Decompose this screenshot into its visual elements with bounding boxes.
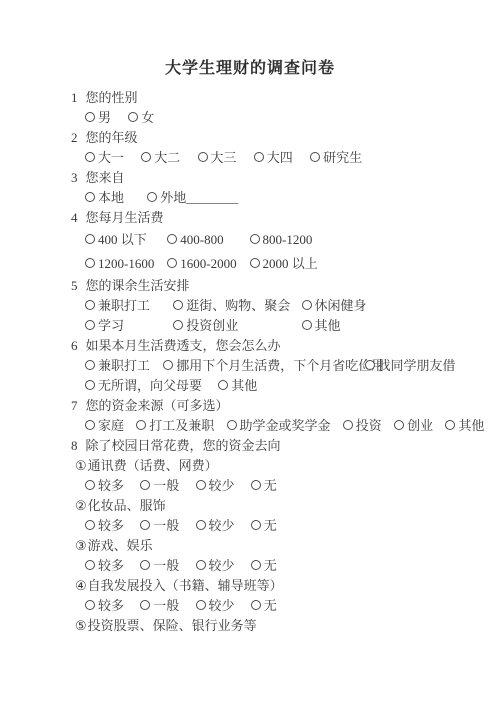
question-text: 您的资金来源（可多选） (86, 398, 229, 413)
checkbox-option[interactable]: 投资 (343, 416, 382, 436)
radio-option[interactable]: 无 (251, 476, 277, 496)
option-label: 较少 (209, 598, 235, 613)
radio-icon[interactable] (173, 300, 183, 310)
sub-text: 通讯费（话费、网费） (88, 458, 218, 473)
radio-option[interactable]: 一般 (140, 476, 179, 496)
radio-icon[interactable] (196, 560, 206, 570)
radio-icon[interactable] (250, 234, 260, 244)
radio-icon[interactable] (196, 520, 206, 530)
option-label: 兼职打工 (98, 298, 150, 313)
question-number: 6 (71, 336, 78, 356)
question-6-options-row1: 兼职打工 挪用下个月生活费，下个月省吃俭用 找同学朋友借 (0, 356, 500, 376)
option-label: 1600-2000 (180, 256, 236, 271)
question-4-options-row1: 400 以下 400-800 800-1200 (0, 228, 500, 252)
option-label: 一般 (153, 598, 179, 613)
radio-option[interactable]: 800-1200 (250, 228, 313, 252)
radio-option[interactable]: 较多 (85, 476, 124, 496)
radio-icon[interactable] (163, 360, 173, 370)
option-label: 创业 (407, 418, 433, 433)
radio-option[interactable]: 大一 (85, 148, 124, 168)
question-8-sub-1-options: 较多 一般 较少 无 (0, 476, 500, 496)
option-label: 其他 (231, 378, 257, 393)
question-6: 6如果本月生活费透支，您会怎么办 (0, 336, 500, 356)
radio-icon[interactable] (85, 258, 95, 268)
sub-text: 自我发展投入（书籍、辅导班等） (88, 578, 283, 593)
question-text: 如果本月生活费透支，您会怎么办 (86, 338, 281, 353)
radio-icon[interactable] (85, 380, 95, 390)
radio-option[interactable]: 挪用下个月生活费，下个月省吃俭用 (163, 356, 361, 376)
question-1: 1您的性别 (0, 88, 500, 108)
option-label: 打工及兼职 (149, 418, 214, 433)
question-number: 1 (71, 88, 78, 108)
option-label: 研究生 (323, 150, 362, 165)
question-8-sub-1: ①通讯费（话费、网费） (0, 456, 500, 476)
radio-option[interactable]: 较多 (85, 556, 124, 576)
radio-option[interactable]: 较少 (196, 556, 235, 576)
question-5: 5您的课余生活安排 (0, 276, 500, 296)
option-label: 找同学朋友借 (378, 358, 456, 373)
option-label: 本地 (98, 190, 124, 205)
sub-number: ⑤ (75, 616, 87, 636)
radio-icon[interactable] (85, 112, 95, 122)
option-label: 家庭 (98, 418, 124, 433)
option-label: 大三 (211, 150, 237, 165)
question-8-sub-4: ④自我发展投入（书籍、辅导班等） (0, 576, 500, 596)
radio-option[interactable]: 休闲健身 (302, 296, 367, 316)
radio-option[interactable]: 大二 (141, 148, 180, 168)
radio-option[interactable]: 兼职打工 (85, 296, 170, 316)
radio-icon[interactable] (365, 360, 375, 370)
question-3-options: 本地 外地________ (0, 188, 500, 208)
radio-icon[interactable] (85, 192, 95, 202)
sub-text: 游戏、娱乐 (88, 538, 153, 553)
radio-icon[interactable] (85, 480, 95, 490)
question-text: 您的课余生活安排 (86, 278, 190, 293)
radio-icon[interactable] (167, 258, 177, 268)
option-label: 较少 (209, 558, 235, 573)
question-2-options: 大一 大二 大三 大四 研究生 (0, 148, 500, 168)
radio-icon[interactable] (343, 420, 353, 430)
radio-option[interactable]: 无所谓，向父母要 (85, 376, 215, 396)
radio-option[interactable]: 学习 (85, 316, 170, 336)
radio-option[interactable]: 投资创业 (173, 316, 298, 336)
question-5-options-row1: 兼职打工 逛街、购物、聚会 休闲健身 (0, 296, 500, 316)
question-text: 您来自 (86, 170, 125, 185)
radio-option[interactable]: 一般 (140, 516, 179, 536)
checkbox-option[interactable]: 其他 (445, 416, 484, 436)
option-label: 400 以下 (98, 232, 147, 247)
question-8-sub-2: ②化妆品、服饰 (0, 496, 500, 516)
radio-icon[interactable] (302, 320, 312, 330)
sub-number: ② (75, 496, 87, 516)
option-label: 大四 (267, 150, 293, 165)
sub-text: 投资股票、保险、银行业务等 (88, 618, 257, 633)
question-number: 5 (71, 276, 78, 296)
option-label: 800-1200 (263, 232, 313, 247)
option-label: 较多 (98, 478, 124, 493)
radio-icon[interactable] (167, 234, 177, 244)
radio-option[interactable]: 一般 (140, 596, 179, 616)
page-title: 大学生理财的调查问卷 (0, 0, 500, 80)
checkbox-option[interactable]: 创业 (394, 416, 433, 436)
radio-icon[interactable] (128, 112, 138, 122)
option-label: 无所谓，向父母要 (98, 378, 202, 393)
question-7: 7您的资金来源（可多选） (0, 396, 500, 416)
radio-option[interactable]: 较多 (85, 596, 124, 616)
option-label: 一般 (153, 478, 179, 493)
question-4-options-row2: 1200-1600 1600-2000 2000 以上 (0, 252, 500, 276)
radio-icon[interactable] (173, 320, 183, 330)
radio-option[interactable]: 研究生 (310, 148, 362, 168)
radio-option[interactable]: 1200-1600 (85, 252, 164, 276)
radio-icon[interactable] (85, 360, 95, 370)
radio-icon[interactable] (140, 600, 150, 610)
option-label: 无 (264, 598, 277, 613)
option-label: 投资创业 (186, 318, 238, 333)
radio-icon[interactable] (198, 152, 208, 162)
radio-icon[interactable] (302, 300, 312, 310)
question-7-options: 家庭 打工及兼职 助学金或奖学金 投资 创业 其他 (0, 416, 500, 436)
option-label: 男 (98, 110, 111, 125)
checkbox-option[interactable]: 家庭 (85, 416, 124, 436)
radio-icon[interactable] (251, 520, 261, 530)
question-8-sub-5: ⑤投资股票、保险、银行业务等 (0, 616, 500, 636)
option-label: 较少 (209, 518, 235, 533)
radio-icon[interactable] (140, 520, 150, 530)
sub-text: 化妆品、服饰 (88, 498, 166, 513)
radio-icon[interactable] (250, 258, 260, 268)
option-label: 400-800 (180, 232, 223, 247)
option-label: 外地 (160, 190, 186, 205)
radio-icon[interactable] (141, 152, 151, 162)
question-number: 3 (71, 168, 78, 188)
option-label: 女 (141, 110, 154, 125)
question-3: 3您来自 (0, 168, 500, 188)
radio-icon[interactable] (85, 560, 95, 570)
radio-icon[interactable] (140, 560, 150, 570)
radio-icon[interactable] (251, 480, 261, 490)
radio-option[interactable]: 女 (128, 108, 154, 128)
question-text: 除了校园日常花费，您的资金去向 (86, 438, 281, 453)
radio-icon[interactable] (218, 380, 228, 390)
radio-option[interactable]: 找同学朋友借 (365, 356, 456, 376)
option-label: 一般 (153, 558, 179, 573)
radio-icon[interactable] (445, 420, 455, 430)
radio-icon[interactable] (196, 600, 206, 610)
option-label: 其他 (458, 418, 484, 433)
radio-option[interactable]: 一般 (140, 556, 179, 576)
radio-icon[interactable] (147, 192, 157, 202)
radio-option[interactable]: 兼职打工 (85, 356, 160, 376)
radio-icon[interactable] (85, 152, 95, 162)
option-label: 无 (264, 558, 277, 573)
option-label: 1200-1600 (98, 256, 154, 271)
radio-icon[interactable] (136, 420, 146, 430)
option-label: 无 (264, 478, 277, 493)
radio-icon[interactable] (85, 300, 95, 310)
radio-option[interactable]: 1600-2000 (167, 252, 246, 276)
questionnaire-page: 大学生理财的调查问卷 1您的性别 男 女 2您的年级 大一 大二 大三 大四 研… (0, 0, 500, 708)
radio-option[interactable]: 其他 (302, 316, 341, 336)
checkbox-option[interactable]: 打工及兼职 (136, 416, 214, 436)
option-label: 一般 (153, 518, 179, 533)
option-label: 较多 (98, 598, 124, 613)
radio-icon[interactable] (227, 420, 237, 430)
question-text: 您的性别 (86, 90, 138, 105)
sub-number: ① (75, 456, 87, 476)
option-label: 投资 (356, 418, 382, 433)
option-label: 助学金或奖学金 (240, 418, 331, 433)
question-8-sub-3: ③游戏、娱乐 (0, 536, 500, 556)
question-2: 2您的年级 (0, 128, 500, 148)
radio-option[interactable]: 其他 (218, 376, 257, 396)
radio-icon[interactable] (251, 600, 261, 610)
radio-option[interactable]: 较少 (196, 516, 235, 536)
sub-number: ④ (75, 576, 87, 596)
radio-icon[interactable] (251, 560, 261, 570)
question-text: 您每月生活费 (86, 210, 164, 225)
question-number: 7 (71, 396, 78, 416)
question-number: 2 (71, 128, 78, 148)
radio-option[interactable]: 400-800 (167, 228, 246, 252)
checkbox-option[interactable]: 助学金或奖学金 (227, 416, 331, 436)
radio-icon[interactable] (310, 152, 320, 162)
question-6-options-row2: 无所谓，向父母要 其他 (0, 376, 500, 396)
question-number: 8 (71, 436, 78, 456)
radio-option[interactable]: 大三 (198, 148, 237, 168)
radio-icon[interactable] (85, 320, 95, 330)
option-label: 学习 (98, 318, 124, 333)
radio-icon[interactable] (85, 234, 95, 244)
radio-option[interactable]: 逛街、购物、聚会 (173, 296, 298, 316)
option-label: 无 (264, 518, 277, 533)
radio-icon[interactable] (85, 520, 95, 530)
question-number: 4 (71, 208, 78, 228)
radio-option[interactable]: 较多 (85, 516, 124, 536)
radio-icon[interactable] (196, 480, 206, 490)
radio-icon[interactable] (254, 152, 264, 162)
option-label: 较少 (209, 478, 235, 493)
option-label: 其他 (315, 318, 341, 333)
question-5-options-row2: 学习 投资创业 其他 (0, 316, 500, 336)
question-8: 8除了校园日常花费，您的资金去向 (0, 436, 500, 456)
sub-number: ③ (75, 536, 87, 556)
option-label: 逛街、购物、聚会 (186, 298, 290, 313)
question-text: 您的年级 (86, 130, 138, 145)
radio-option[interactable]: 无 (251, 556, 277, 576)
option-label: 较多 (98, 518, 124, 533)
radio-icon[interactable] (140, 480, 150, 490)
radio-option[interactable]: 男 (85, 108, 111, 128)
option-label: 大二 (154, 150, 180, 165)
option-label: 较多 (98, 558, 124, 573)
radio-option[interactable]: 2000 以上 (250, 252, 318, 276)
option-label: 休闲健身 (315, 298, 367, 313)
question-8-sub-2-options: 较多 一般 较少 无 (0, 516, 500, 536)
radio-option[interactable]: 较少 (196, 596, 235, 616)
fill-in-blank[interactable]: ________ (186, 190, 238, 205)
question-1-options: 男 女 (0, 108, 500, 128)
question-8-sub-4-options: 较多 一般 较少 无 (0, 596, 500, 616)
radio-icon[interactable] (85, 420, 95, 430)
radio-option[interactable]: 外地________ (147, 188, 238, 208)
option-label: 挪用下个月生活费，下个月省吃俭用 (176, 358, 384, 373)
radio-icon[interactable] (85, 600, 95, 610)
radio-option[interactable]: 大四 (254, 148, 293, 168)
question-8-sub-3-options: 较多 一般 较少 无 (0, 556, 500, 576)
radio-option[interactable]: 本地 (85, 188, 124, 208)
option-label: 2000 以上 (263, 256, 318, 271)
radio-option[interactable]: 无 (251, 516, 277, 536)
radio-option[interactable]: 400 以下 (85, 228, 164, 252)
radio-option[interactable]: 无 (251, 596, 277, 616)
radio-option[interactable]: 较少 (196, 476, 235, 496)
option-label: 兼职打工 (98, 358, 150, 373)
option-label: 大一 (98, 150, 124, 165)
question-4: 4您每月生活费 (0, 208, 500, 228)
radio-icon[interactable] (394, 420, 404, 430)
